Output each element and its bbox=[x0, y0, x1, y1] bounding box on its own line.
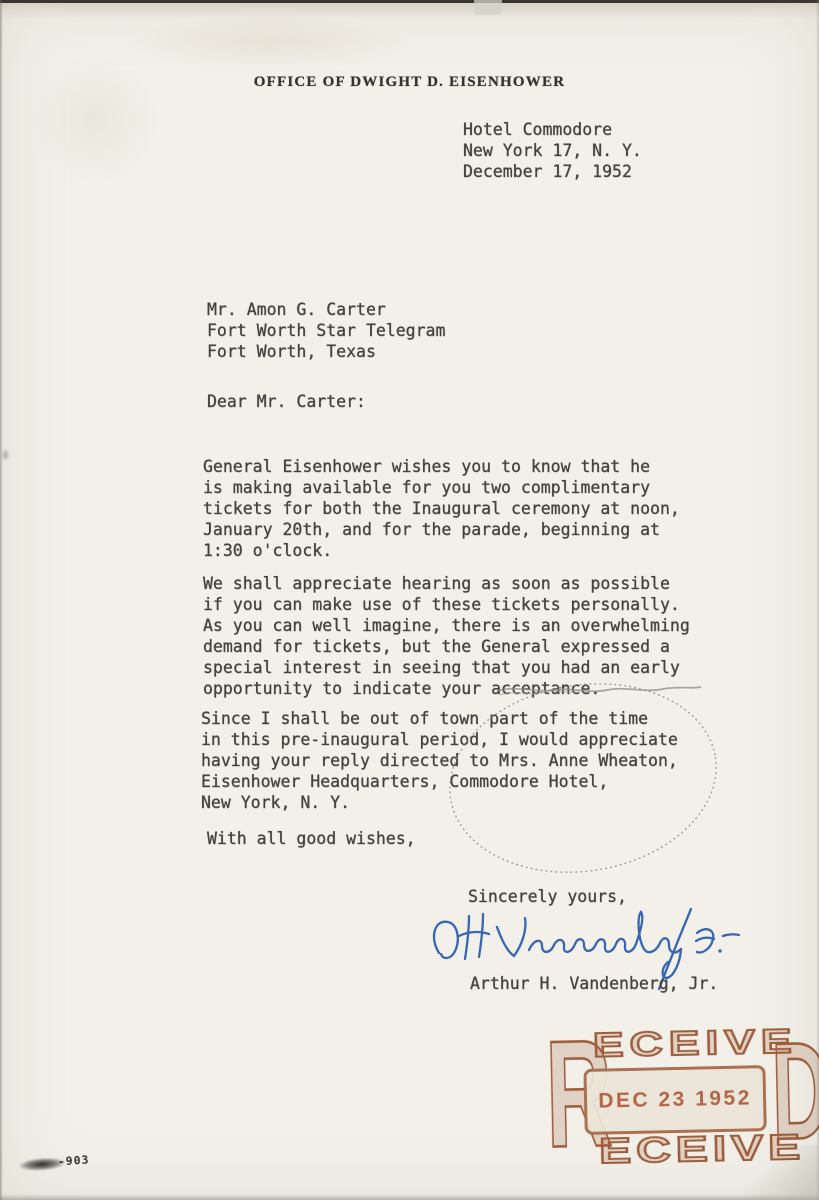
paragraph-3: Since I shall be out of town part of the… bbox=[201, 708, 678, 813]
edge-smudge bbox=[1, 448, 10, 462]
stamp-top-word: ECEIVE bbox=[593, 1023, 798, 1061]
archival-number: -903 bbox=[57, 1153, 90, 1169]
archival-corner-mark: -903 bbox=[17, 1149, 118, 1180]
scan-edge-left bbox=[0, 0, 3, 1200]
stamp-date: DEC 23 1952 bbox=[598, 1086, 752, 1113]
paper-tab-mark bbox=[474, 0, 502, 15]
paragraph-1: General Eisenhower wishes you to know th… bbox=[203, 456, 680, 561]
stamp-date-box: DEC 23 1952 bbox=[583, 1065, 766, 1135]
stamp-right-letter: D bbox=[771, 1025, 819, 1158]
typed-signature-name: Arthur H. Vandenberg, Jr. bbox=[470, 973, 718, 994]
scanned-letter-page: OFFICE OF DWIGHT D. EISENHOWER Hotel Com… bbox=[0, 0, 819, 1200]
recipient-address: Mr. Amon G. Carter Fort Worth Star Teleg… bbox=[207, 299, 445, 362]
letterhead-office-line: OFFICE OF DWIGHT D. EISENHOWER bbox=[0, 74, 819, 91]
paragraph-2: We shall appreciate hearing as soon as p… bbox=[203, 573, 690, 699]
paper-stain bbox=[130, 14, 410, 70]
closing-line: With all good wishes, bbox=[207, 828, 416, 849]
received-stamp: R ECEIVE DEC 23 1952 ECEIVE D bbox=[551, 1027, 802, 1164]
date-block: Hotel Commodore New York 17, N. Y. Decem… bbox=[463, 119, 642, 182]
salutation: Dear Mr. Carter: bbox=[207, 391, 366, 412]
scan-edge-top-shade bbox=[0, 3, 819, 19]
scan-edge-bottom bbox=[0, 1194, 819, 1200]
